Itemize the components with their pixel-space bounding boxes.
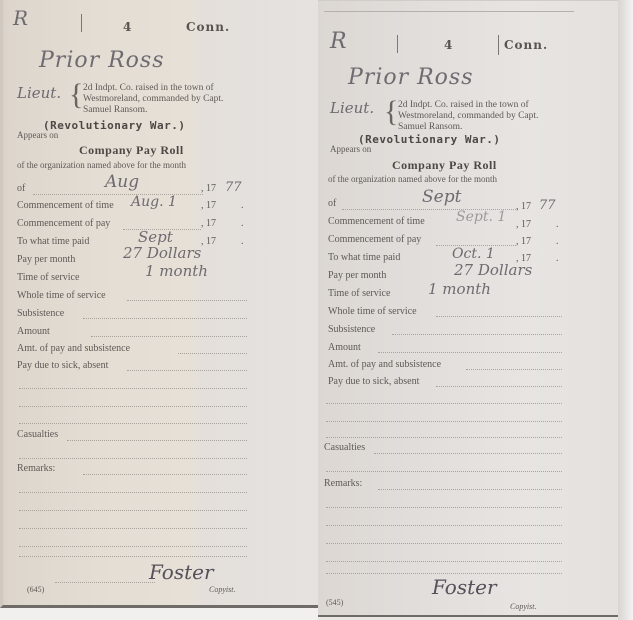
field-label: To what time paid xyxy=(17,236,89,247)
blank-line xyxy=(19,510,247,511)
appears-on-label: Appears on xyxy=(330,144,371,154)
copyist-label: Copyist. xyxy=(209,585,235,594)
unit-line-3: Samuel Ransom. xyxy=(398,122,538,133)
dotted-line xyxy=(91,336,247,337)
dotted-line xyxy=(127,370,247,371)
field-label: Amt. of pay and subsistence xyxy=(17,343,130,354)
year-prefix: , 17 xyxy=(201,218,216,229)
war-title: (Revolutionary War.) xyxy=(43,119,185,132)
unit-brace: { xyxy=(69,80,83,110)
soldier-name-handwritten: Prior Ross xyxy=(39,48,165,73)
handwritten-initial: R xyxy=(330,29,347,54)
remarks-label: Remarks: xyxy=(324,478,362,489)
copyist-label: Copyist. xyxy=(510,602,536,611)
background-strip xyxy=(0,608,318,620)
war-title: (Revolutionary War.) xyxy=(358,133,500,146)
field-value-handwritten: 1 month xyxy=(428,280,491,298)
blank-line xyxy=(19,492,247,493)
field-label: To what time paid xyxy=(328,252,400,263)
field-label: Pay due to sick, absent xyxy=(17,360,108,371)
blank-line xyxy=(326,403,562,404)
year-prefix: , 17 xyxy=(201,200,216,211)
copyist-signature: Foster xyxy=(149,560,214,584)
appears-on-label: Appears on xyxy=(17,130,58,140)
dotted-line xyxy=(466,369,562,370)
year-prefix: , 17 xyxy=(516,219,531,230)
blank-line xyxy=(19,528,247,529)
dotted-line xyxy=(83,474,247,475)
year-prefix: , 17 xyxy=(516,236,531,247)
field-label: Pay per month xyxy=(17,254,75,265)
field-label: Amount xyxy=(328,342,361,353)
field-label: Commencement of time xyxy=(17,200,114,211)
field-label: Amount xyxy=(17,326,50,337)
unit-brace: { xyxy=(384,97,398,127)
rank-handwritten: Lieut. xyxy=(17,84,61,102)
field-value-handwritten: 27 Dollars xyxy=(123,244,201,262)
field-value-handwritten: Aug. 1 xyxy=(131,194,177,210)
pay-roll-card-august: R 4 Conn. Prior Ross Lieut. { 2d Indpt. … xyxy=(0,0,318,608)
dotted-line xyxy=(378,352,562,353)
dotted-line xyxy=(436,386,562,387)
field-label: Subsistence xyxy=(328,324,375,335)
field-label: Commencement of time xyxy=(328,216,425,227)
blank-line xyxy=(326,525,562,526)
field-label: Commencement of pay xyxy=(17,218,110,229)
unit-description: 2d Indpt. Co. raised in the town of West… xyxy=(398,100,538,133)
blank-line xyxy=(326,573,562,574)
blank-line xyxy=(326,507,562,508)
roll-title: Company Pay Roll xyxy=(79,143,184,158)
field-label: Amt. of pay and subsistence xyxy=(328,359,441,370)
casualties-label: Casualties xyxy=(17,429,58,440)
year-suffix-handwritten: 77 xyxy=(225,180,242,195)
field-value-handwritten: Sept. 1 xyxy=(456,209,506,225)
unit-line-3: Samuel Ransom. xyxy=(83,105,223,116)
dotted-line xyxy=(378,489,562,490)
unit-line-2: Westmoreland, commanded by Capt. xyxy=(398,111,538,122)
roll-title: Company Pay Roll xyxy=(392,158,497,173)
unit-description: 2d Indpt. Co. raised in the town of West… xyxy=(83,83,223,116)
blank-line xyxy=(19,546,247,547)
field-label: of xyxy=(17,183,25,194)
trailing-period: . xyxy=(241,200,244,211)
roll-subtitle: of the organization named above for the … xyxy=(328,174,497,184)
copyist-signature: Foster xyxy=(432,575,497,599)
blank-line xyxy=(19,458,247,459)
trailing-period: . xyxy=(556,253,559,264)
field-value-handwritten: 27 Dollars xyxy=(454,261,532,279)
card-number: 4 xyxy=(444,38,453,52)
field-label: Commencement of pay xyxy=(328,234,421,245)
form-number: (645) xyxy=(27,585,44,594)
blank-line xyxy=(326,543,562,544)
dotted-line xyxy=(436,316,562,317)
field-value-handwritten: Oct. 1 xyxy=(452,246,495,262)
unit-line-1: 2d Indpt. Co. raised in the town of xyxy=(83,83,223,94)
dotted-line xyxy=(67,440,247,441)
background-edge xyxy=(618,0,633,620)
unit-line-1: 2d Indpt. Co. raised in the town of xyxy=(398,100,538,111)
field-label: Pay per month xyxy=(328,270,386,281)
field-label: Whole time of service xyxy=(328,306,417,317)
field-label: Time of service xyxy=(17,272,79,283)
blank-line xyxy=(326,471,562,472)
remarks-label: Remarks: xyxy=(17,463,55,474)
form-number: (545) xyxy=(326,598,343,607)
blank-line xyxy=(19,556,247,557)
dotted-line xyxy=(127,300,247,301)
card-number: 4 xyxy=(123,20,132,34)
casualties-label: Casualties xyxy=(324,442,365,453)
trailing-period: . xyxy=(556,236,559,247)
rank-handwritten: Lieut. xyxy=(330,99,374,117)
dotted-line xyxy=(33,194,203,195)
field-label: Time of service xyxy=(328,288,390,299)
roll-subtitle: of the organization named above for the … xyxy=(17,160,186,170)
dotted-line xyxy=(178,353,247,354)
header-divider xyxy=(397,35,398,53)
field-label: Whole time of service xyxy=(17,290,106,301)
year-prefix: , 17 xyxy=(516,201,531,212)
blank-line xyxy=(19,406,247,407)
blank-line xyxy=(326,561,562,562)
trailing-period: . xyxy=(556,219,559,230)
header-divider xyxy=(498,35,499,55)
dotted-line xyxy=(83,318,247,319)
soldier-name-handwritten: Prior Ross xyxy=(348,65,474,90)
year-prefix: , 17 xyxy=(201,236,216,247)
trailing-period: . xyxy=(241,236,244,247)
pay-roll-card-september: R 4 Conn. Prior Ross Lieut. { 2d Indpt. … xyxy=(318,0,618,617)
field-label: of xyxy=(328,198,336,209)
field-label: Subsistence xyxy=(17,308,64,319)
field-value-handwritten: 1 month xyxy=(145,262,208,280)
state-label: Conn. xyxy=(504,38,548,52)
blank-line xyxy=(19,423,247,424)
field-value-handwritten: Aug xyxy=(105,172,139,192)
dotted-line xyxy=(374,453,562,454)
state-label: Conn. xyxy=(186,20,230,34)
year-prefix: , 17 xyxy=(201,183,216,194)
blank-line xyxy=(326,421,562,422)
blank-line xyxy=(19,388,247,389)
dotted-line xyxy=(392,334,562,335)
top-rule xyxy=(324,11,574,12)
year-suffix-handwritten: 77 xyxy=(539,198,556,213)
unit-line-2: Westmoreland, commanded by Capt. xyxy=(83,94,223,105)
header-divider xyxy=(81,14,82,32)
trailing-period: . xyxy=(241,218,244,229)
field-label: Pay due to sick, absent xyxy=(328,376,419,387)
field-value-handwritten: Sept xyxy=(422,187,461,207)
handwritten-initial: R xyxy=(13,6,28,30)
signature-line xyxy=(55,582,155,583)
blank-line xyxy=(326,437,562,438)
